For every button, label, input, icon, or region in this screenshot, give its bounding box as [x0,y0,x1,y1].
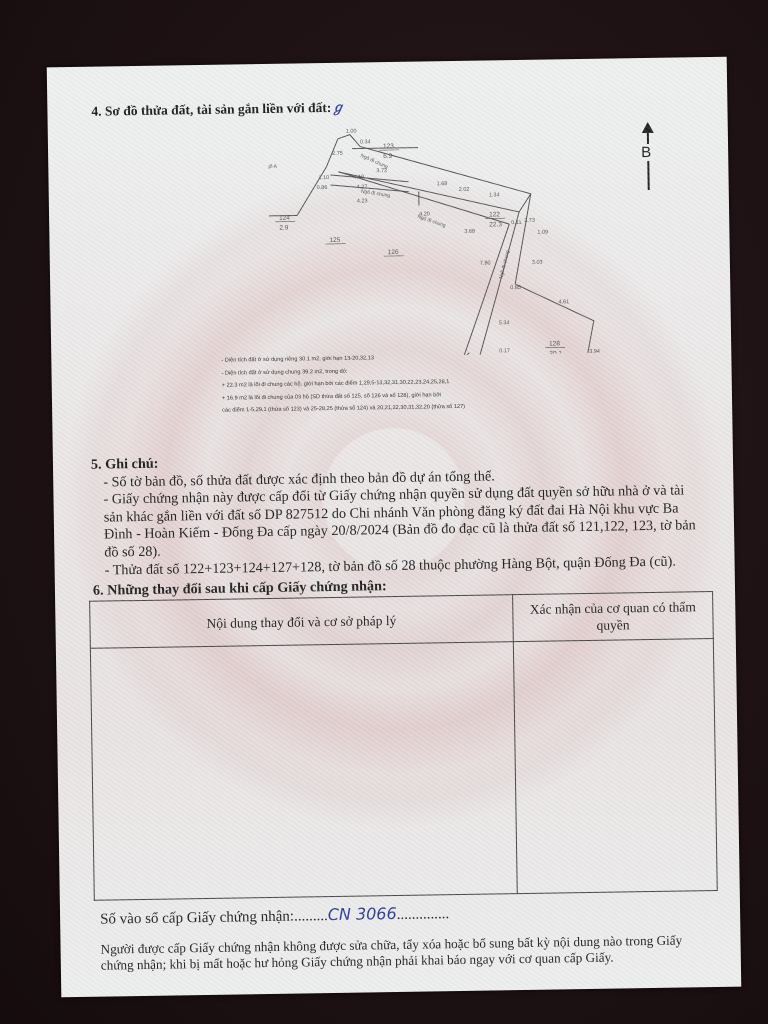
svg-text:7.80: 7.80 [480,260,491,266]
svg-text:0.85: 0.85 [510,285,521,291]
north-label: B [640,144,652,161]
svg-text:3.73: 3.73 [524,218,535,224]
svg-text:124: 124 [279,215,290,222]
svg-text:126: 126 [388,249,399,256]
svg-text:1.00: 1.00 [346,129,357,135]
section-5-notes: 5. Ghi chú: - Số tờ bản đồ, số thửa đất … [91,447,705,580]
registration-value: CN 3066 [328,904,397,924]
column-header-confirmation: Xác nhận của cơ quan có thẩm quyền [513,592,714,642]
svg-text:Ngõ đi chung: Ngõ đi chung [498,250,511,280]
column-header-content: Nội dung thay đổi và cơ sở pháp lý [90,595,514,649]
svg-text:123: 123 [383,143,394,150]
changes-table: Nội dung thay đổi và cơ sở pháp lý Xác n… [89,591,718,901]
svg-text:122: 122 [489,211,500,218]
svg-text:0.34: 0.34 [360,139,371,145]
svg-text:4.23: 4.23 [357,198,368,204]
handwritten-mark: ℊ [331,101,344,116]
svg-text:22.3: 22.3 [489,221,502,228]
svg-text:3.72: 3.72 [376,168,387,174]
svg-text:6.9: 6.9 [383,153,393,160]
svg-text:3.03: 3.03 [532,260,543,266]
table-cell-content [90,642,517,901]
svg-text:2.02: 2.02 [459,187,470,193]
svg-text:4.61: 4.61 [558,299,569,305]
svg-text:0.86: 0.86 [317,185,328,191]
diagram-notes: - Diện tích đất ở sử dụng riêng 30.1 m2,… [221,349,602,417]
svg-text:4.27: 4.27 [357,184,368,190]
svg-text:0.11: 0.11 [511,220,521,226]
svg-text:1.68: 1.68 [437,181,448,187]
registration-label: Số vào sổ cấp Giấy chứng nhận: [100,909,294,928]
svg-text:125: 125 [329,237,340,244]
svg-text:2.9: 2.9 [279,225,289,232]
svg-text:128: 128 [549,340,560,347]
registration-number: Số vào sổ cấp Giấy chứng nhận:.........C… [100,903,449,928]
svg-text:2.75: 2.75 [332,151,343,157]
section-4-heading: 4. Sơ đồ thửa đất, tài sản gắn liền với … [91,100,331,119]
north-arrow-icon: B [638,122,659,192]
svg-text:4.20: 4.20 [419,211,430,217]
svg-text:Ngõ A: Ngõ A [268,164,278,170]
parcel-diagram: 1236.91242.912512612222.31277.112830.1Ng… [268,123,612,358]
svg-text:1.10: 1.10 [318,175,329,181]
warning-text: Người được cấp Giấy chứng nhận không đượ… [100,932,700,973]
svg-text:4.10: 4.10 [353,174,364,180]
svg-text:3.68: 3.68 [464,229,475,235]
svg-text:1.34: 1.34 [489,192,500,198]
section-4-title: 4. Sơ đồ thửa đất, tài sản gắn liền với … [91,97,344,120]
certificate-page: 4. Sơ đồ thửa đất, tài sản gắn liền với … [47,57,742,998]
table-row [90,638,717,900]
table-cell-confirmation [513,638,717,893]
svg-text:5.34: 5.34 [499,320,510,326]
svg-text:1.09: 1.09 [537,230,548,236]
note-line: - Giấy chứng nhận này được cấp đổi từ Gi… [91,482,704,562]
